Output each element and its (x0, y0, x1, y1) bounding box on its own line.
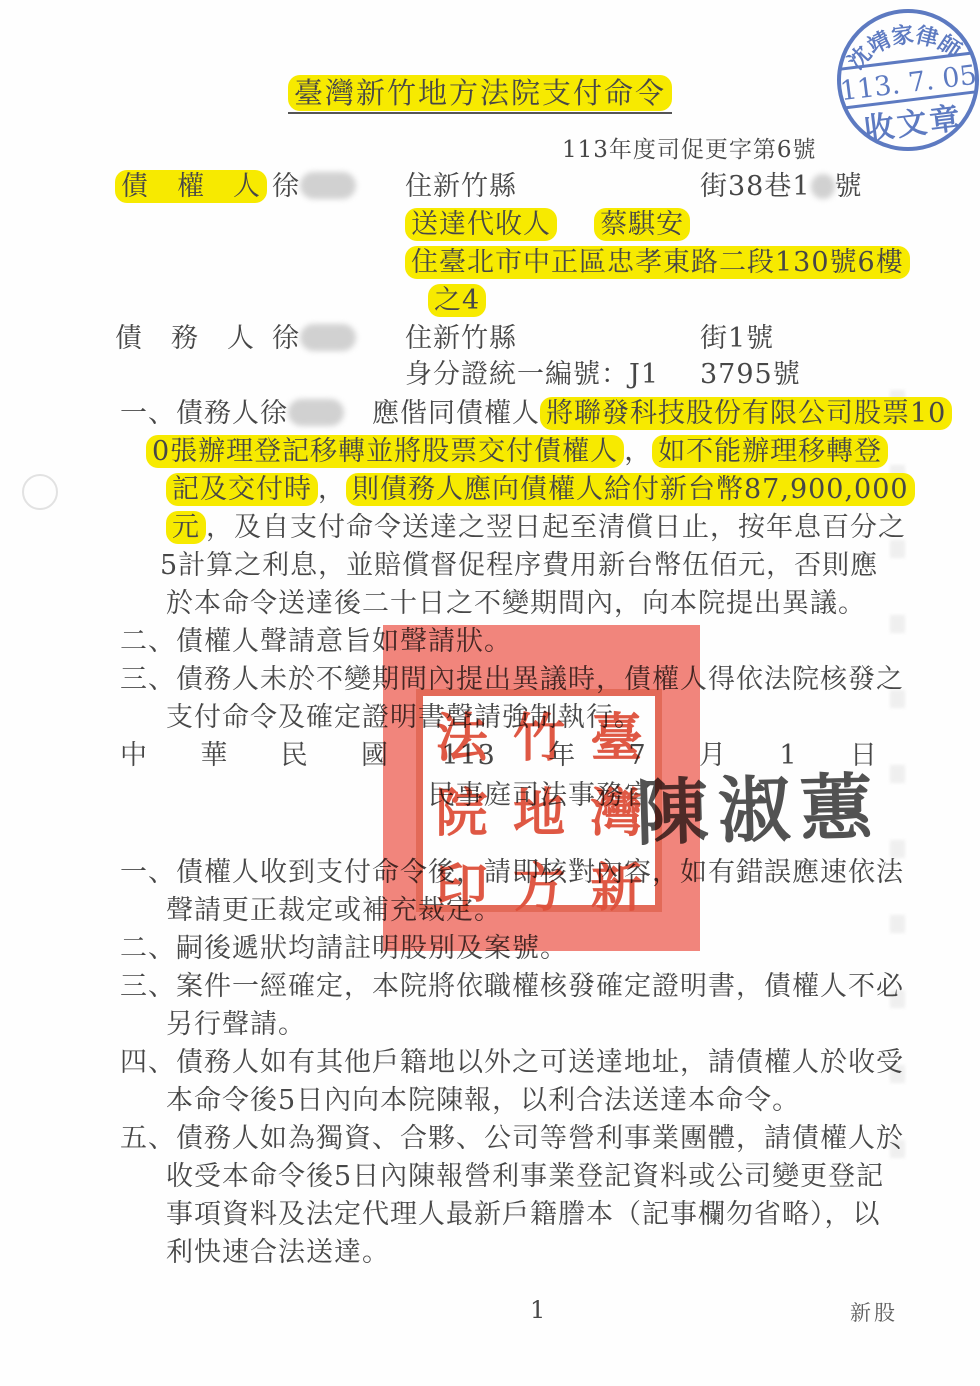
case-number: 113年度司促更字第6號 (562, 133, 817, 167)
order-item1-line1: 一、債務人徐 應偕同債權人將聯發科技股份有限公司股票10 (120, 397, 952, 431)
bleed-through-mark (890, 765, 905, 783)
date-year: 113 (441, 739, 496, 773)
service-agent-row: 送達代收人 蔡騏安 (405, 208, 690, 242)
payment-order-document-page: 沈靖家律師 113. 7. 05 收文章 臺灣新竹地方法院支付命令 113年度司… (0, 0, 980, 1386)
note-line: 二、嗣後遞狀均請註明股別及案號。 (120, 932, 568, 966)
receipt-stamp-holder: 沈靖家律師 (840, 16, 968, 77)
service-agent-label: 送達代收人 (405, 208, 557, 241)
creditor-label: 債 權 人 (115, 170, 267, 203)
order-item1-line5: 5計算之利息，並賠償督促程序費用新台幣伍佰元，否則應 (160, 549, 878, 583)
date-token: 年 (548, 739, 576, 773)
highlighted-claim-text: 記及交付時 (166, 473, 318, 506)
receipt-stamp-icon: 沈靖家律師 113. 7. 05 收文章 (824, 0, 980, 164)
officer-title: 民事庭司法事務官 (428, 779, 652, 813)
note-line: 事項資料及法定代理人最新戶籍謄本（記事欄勿省略），以 (166, 1198, 881, 1232)
debtor-surname: 徐 (272, 323, 300, 354)
order-item1-line6: 於本命令送達後二十日之不變期間內，向本院提出異議。 (166, 587, 866, 621)
highlighted-claim-text: 如不能辦理移轉登 (652, 435, 888, 468)
order-item1-line4: 元，及自支付命令送達之翌日起至清償日止，按年息百分之 (166, 511, 906, 545)
punch-hole-mark (22, 474, 58, 510)
note-line: 本命令後5日內向本院陳報，以利合法送達本命令。 (166, 1084, 800, 1118)
creditor-row: 債 權 人 (115, 170, 267, 204)
service-agent-address-line1: 住臺北市中正區忠孝東路二段130號6樓 (405, 246, 910, 280)
order-text: ， (624, 436, 652, 467)
debtor-label: 債 務 人 (115, 322, 255, 356)
creditor-address-county: 住新竹縣 (405, 170, 517, 204)
creditor-street-suffix: 號 (835, 171, 863, 202)
order-text: ， (318, 474, 346, 505)
document-title-line: 臺灣新竹地方法院支付命令 (288, 76, 672, 112)
title-underline: 臺灣新竹地方法院支付命令 (288, 79, 672, 114)
page-number: 1 (530, 1293, 545, 1327)
receipt-stamp-label: 收文章 (862, 101, 965, 148)
order-item2: 二、債權人聲請意旨如聲請狀。 (120, 625, 512, 659)
date-token: 中 (120, 739, 148, 773)
creditor-address-street: 街38巷1號 (700, 170, 863, 204)
lawyer-receipt-stamp: 沈靖家律師 113. 7. 05 收文章 (824, 0, 980, 164)
order-item3-line2: 支付命令及確定證明書聲請強制執行。 (166, 701, 642, 735)
service-agent-address-line2: 之4 (428, 284, 486, 318)
highlighted-claim-text: 將聯發科技股份有限公司股票10 (540, 397, 952, 430)
redacted-street-number (811, 174, 835, 199)
note-line: 四、債務人如有其他戶籍地以外之可送達地址，請債權人於收受 (120, 1046, 904, 1080)
debtor-address-county: 住新竹縣 (405, 322, 517, 356)
debtor-id-tail: 3795號 (700, 358, 801, 392)
debtor-id-label: 身分證統一編號：J1 (405, 358, 659, 392)
svg-text:沈靖家律師: 沈靖家律師 (840, 16, 968, 77)
order-item3-line1: 三、債務人未於不變期間內提出異議時，債權人得依法院核發之 (120, 663, 904, 697)
redacted-creditor-name (300, 172, 356, 199)
note-line: 聲請更正裁定或補充裁定。 (166, 894, 502, 928)
page-title: 臺灣新竹地方法院支付命令 (288, 75, 672, 111)
order-item1-line3: 記及交付時，則債務人應向債權人給付新台幣87,900,000 (166, 473, 915, 507)
note-line: 另行聲請。 (166, 1008, 306, 1042)
receipt-stamp-date: 113. 7. 05 (838, 60, 978, 108)
order-text: ，及自支付命令送達之翌日起至清償日止，按年息百分之 (206, 512, 906, 543)
division-label: 新股 (850, 1296, 898, 1330)
agent-address2-text: 之4 (428, 284, 486, 317)
service-agent-name: 蔡騏安 (594, 208, 690, 241)
highlighted-amount-text: 則債務人應向債權人給付新台幣87,900,000 (346, 473, 915, 506)
order-text: 一、債務人徐 (120, 398, 288, 429)
highlighted-claim-text: 0張辦理登記移轉並將股票交付債權人 (146, 435, 624, 468)
bleed-through-mark (890, 615, 905, 633)
officer-signature: 陳淑蕙 (635, 749, 884, 859)
redacted-debtor-name (288, 399, 344, 426)
creditor-street-text: 街38巷1 (700, 171, 811, 202)
date-token: 華 (200, 739, 228, 773)
note-line: 收受本命令後5日內陳報營利事業登記資料或公司變更登記 (166, 1160, 884, 1194)
note-line: 五、債務人如為獨資、合夥、公司等營利事業團體，請債權人於 (120, 1122, 904, 1156)
date-token: 國 (361, 739, 389, 773)
note-line: 三、案件一經確定，本院將依職權核發確定證明書，債權人不必 (120, 970, 904, 1004)
debtor-name: 徐 (272, 322, 356, 356)
redacted-debtor-name (300, 324, 356, 351)
creditor-surname: 徐 (272, 171, 300, 202)
note-line: 一、債權人收到支付命令後，請即核對內容，如有錯誤應速依法 (120, 856, 904, 890)
debtor-address-street: 街1號 (700, 322, 774, 356)
creditor-name: 徐 (272, 170, 356, 204)
agent-address-text: 住臺北市中正區忠孝東路二段130號6樓 (405, 246, 910, 279)
highlighted-amount-text: 元 (166, 511, 206, 544)
bleed-through-mark (890, 915, 905, 933)
order-item1-line2: 0張辦理登記移轉並將股票交付債權人，如不能辦理移轉登 (146, 435, 888, 469)
note-line: 利快速合法送達。 (166, 1236, 390, 1270)
order-text: 應偕同債權人 (344, 398, 540, 429)
date-token: 民 (281, 739, 309, 773)
